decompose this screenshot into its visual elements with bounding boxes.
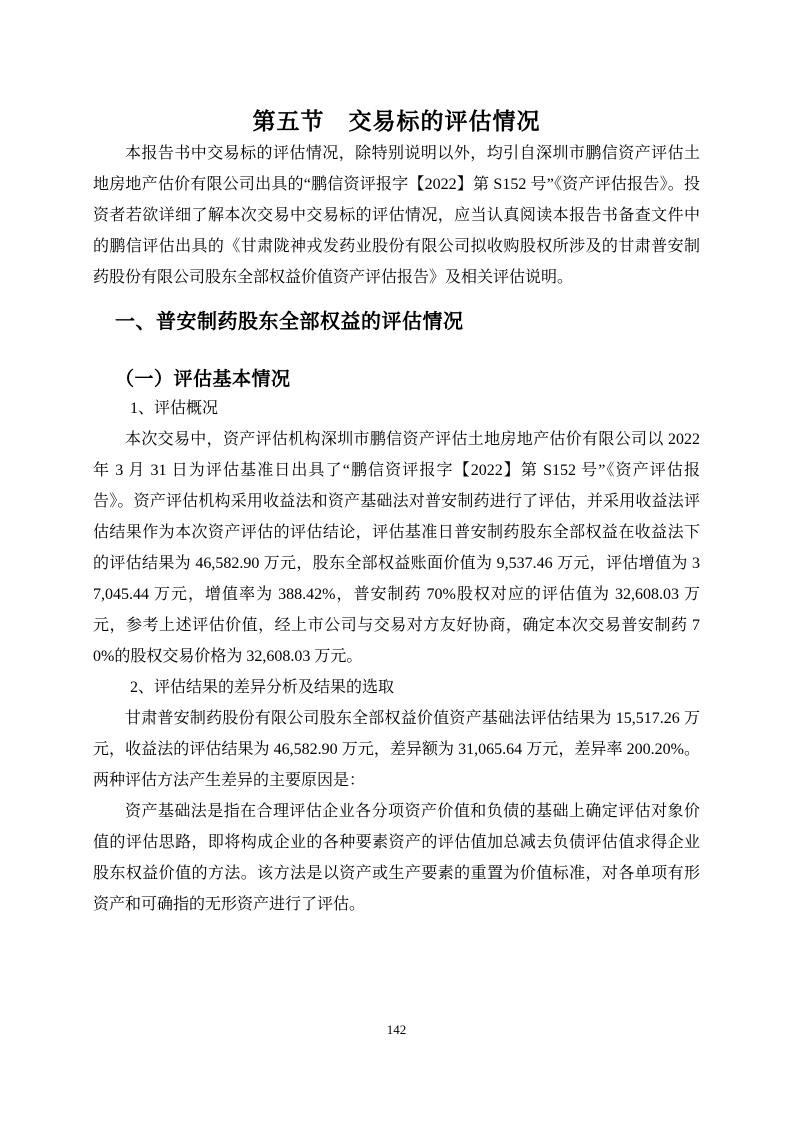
subsection-1-heading: （一）评估基本情况 — [115, 366, 700, 393]
difference-analysis-paragraph: 甘肃普安制药股份有限公司股东全部权益价值资产基础法评估结果为 15,517.26… — [93, 703, 700, 796]
section-1-heading: 一、普安制药股东全部权益的评估情况 — [115, 308, 700, 336]
valuation-overview-paragraph: 本次交易中，资产评估机构深圳市鹏信资产评估土地房地产估价有限公司以 2022 年… — [93, 424, 700, 672]
intro-paragraph: 本报告书中交易标的评估情况，除特别说明以外，均引自深圳市鹏信资产评估土地房地产估… — [93, 138, 700, 293]
document-page: 第五节 交易标的评估情况 本报告书中交易标的评估情况，除特别说明以外，均引自深圳… — [0, 0, 793, 1122]
page-content: 第五节 交易标的评估情况 本报告书中交易标的评估情况，除特别说明以外，均引自深圳… — [93, 0, 700, 920]
asset-basis-method-paragraph: 资产基础法是指在合理评估企业各分项资产价值和负债的基础上确定评估对象价值的评估思… — [93, 796, 700, 920]
item-1-heading: 1、评估概况 — [93, 393, 700, 424]
chapter-title: 第五节 交易标的评估情况 — [93, 104, 700, 138]
item-2-heading: 2、评估结果的差异分析及结果的选取 — [93, 672, 700, 703]
page-number: 142 — [0, 1022, 793, 1038]
